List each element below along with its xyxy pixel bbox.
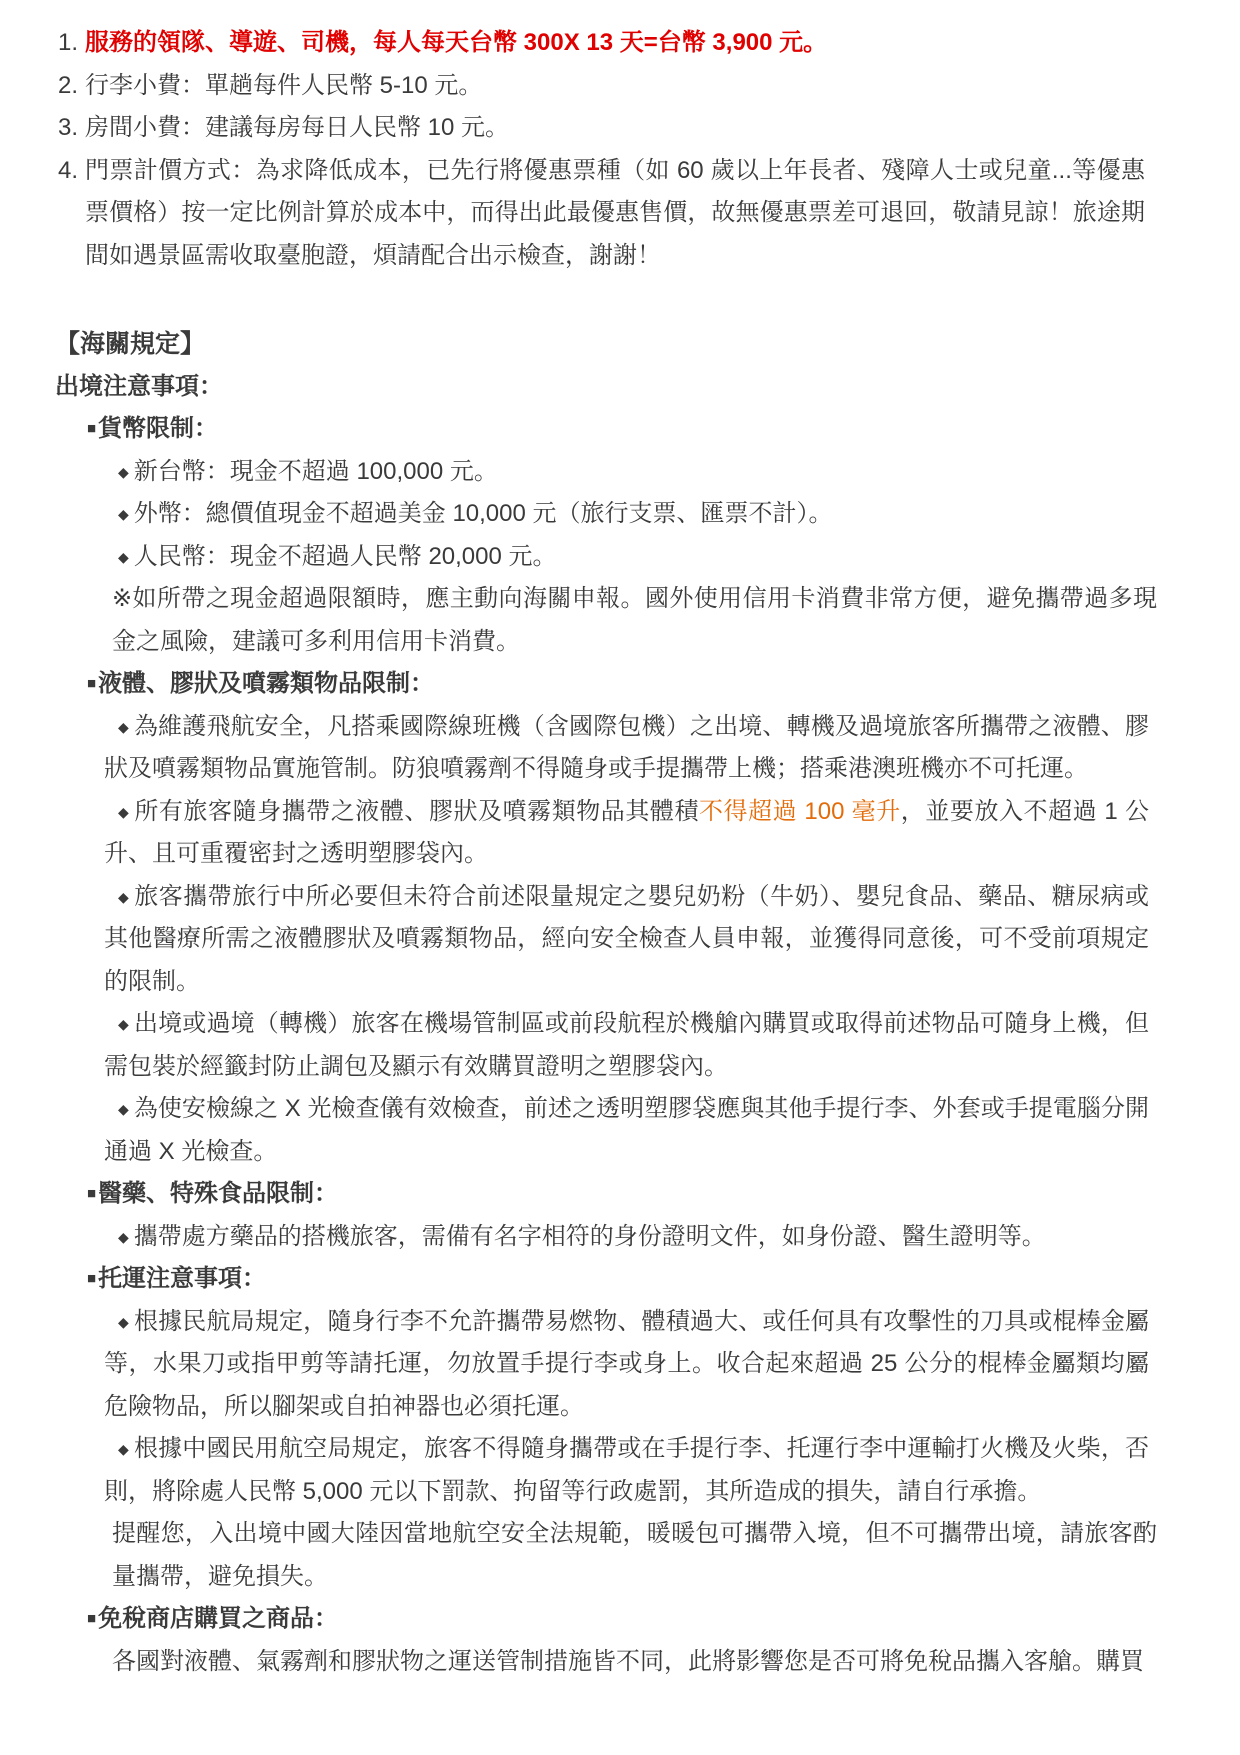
highlighted-text: 不得超過 100 毫升 bbox=[699, 798, 901, 825]
diamond-bullet-icon: ◆ bbox=[118, 1016, 129, 1032]
diamond-bullet-icon: ◆ bbox=[118, 506, 129, 522]
bullet-paragraph: ◆為維護飛航安全，凡搭乘國際線班機（含國際包機）之出境、轉機及過境旅客所攜帶之液… bbox=[104, 706, 1149, 791]
list-item-number: 1. bbox=[58, 22, 78, 65]
text-segment: ※如所帶之現金超過限額時，應主動向海關申報。國外使用信用卡消費非常方便，避免攜帶… bbox=[112, 585, 1157, 655]
list-item-text: 門票計價方式：為求降低成本，已先行將優惠票種（如 60 歲以上年長者、殘障人士或… bbox=[85, 157, 1145, 269]
highlighted-text: 服務的領隊、導遊、司機，每人每天台幣 300X 13 天=台幣 3,900 元。 bbox=[85, 29, 827, 56]
bullet-paragraph: ◆外幣：總價值現金不超過美金 10,000 元（旅行支票、匯票不計）。 bbox=[104, 493, 1149, 536]
bullet-paragraph: ◆根據中國民用航空局規定，旅客不得隨身攜帶或在手提行李、托運行李中運輸打火機及火… bbox=[104, 1428, 1149, 1513]
bullet-paragraph: ◆根據民航局規定，隨身行李不允許攜帶易燃物、體積過大、或任何具有攻擊性的刀具或棍… bbox=[104, 1301, 1149, 1429]
square-bullet-icon: ■ bbox=[87, 1270, 96, 1287]
text-segment: 新台幣：現金不超過 100,000 元。 bbox=[134, 458, 498, 485]
text-segment: 行李小費：單趟每件人民幣 5-10 元。 bbox=[85, 72, 482, 99]
diamond-bullet-icon: ◆ bbox=[118, 464, 129, 480]
paragraph: 提醒您，入出境中國大陸因當地航空安全法規範，暖暖包可攜帶入境，但不可攜帶出境，請… bbox=[112, 1513, 1157, 1598]
square-bullet-icon: ■ bbox=[87, 1610, 96, 1627]
section-heading: ■免稅商店購買之商品： bbox=[87, 1598, 1240, 1641]
customs-section-title: 【海關規定】 bbox=[55, 323, 1240, 366]
list-item-number: 2. bbox=[58, 65, 78, 108]
diamond-bullet-icon: ◆ bbox=[118, 804, 129, 820]
text-segment: 為使安檢線之 X 光檢查儀有效檢查，前述之透明塑膠袋應與其他手提行李、外套或手提… bbox=[104, 1095, 1149, 1165]
bullet-paragraph: ◆出境或過境（轉機）旅客在機場管制區或前段航程於機艙內購買或取得前述物品可隨身上… bbox=[104, 1003, 1149, 1088]
paragraph: 各國對液體、氣霧劑和膠狀物之運送管制措施皆不同，此將影響您是否可將免稅品攜入客艙… bbox=[112, 1641, 1157, 1684]
text-segment: 為維護飛航安全，凡搭乘國際線班機（含國際包機）之出境、轉機及過境旅客所攜帶之液體… bbox=[104, 713, 1149, 783]
list-item-number: 3. bbox=[58, 107, 78, 150]
bullet-paragraph: ◆旅客攜帶旅行中所必要但未符合前述限量規定之嬰兒奶粉（牛奶）、嬰兒食品、藥品、糖… bbox=[104, 876, 1149, 1004]
customs-sections: ■貨幣限制：◆新台幣：現金不超過 100,000 元。◆外幣：總價值現金不超過美… bbox=[0, 408, 1240, 1683]
text-segment: 攜帶處方藥品的搭機旅客，需備有名字相符的身份證明文件，如身份證、醫生證明等。 bbox=[134, 1223, 1046, 1250]
section-heading: ■醫藥、特殊食品限制： bbox=[87, 1173, 1240, 1216]
section-heading: ■托運注意事項： bbox=[87, 1258, 1240, 1301]
bullet-paragraph: ◆人民幣：現金不超過人民幣 20,000 元。 bbox=[104, 536, 1149, 579]
section-heading-text: 貨幣限制： bbox=[98, 415, 218, 442]
text-segment: 根據民航局規定，隨身行李不允許攜帶易燃物、體積過大、或任何具有攻擊性的刀具或棍棒… bbox=[104, 1308, 1149, 1420]
bullet-paragraph: ◆所有旅客隨身攜帶之液體、膠狀及噴霧類物品其體積不得超過 100 毫升，並要放入… bbox=[104, 791, 1149, 876]
text-segment: 根據中國民用航空局規定，旅客不得隨身攜帶或在手提行李、托運行李中運輸打火機及火柴… bbox=[104, 1435, 1149, 1505]
square-bullet-icon: ■ bbox=[87, 675, 96, 692]
text-segment: 人民幣：現金不超過人民幣 20,000 元。 bbox=[134, 543, 557, 570]
list-item-text: 行李小費：單趟每件人民幣 5-10 元。 bbox=[85, 72, 482, 99]
tips-numbered-list: 1.服務的領隊、導遊、司機，每人每天台幣 300X 13 天=台幣 3,900 … bbox=[0, 22, 1240, 277]
text-segment: 出境或過境（轉機）旅客在機場管制區或前段航程於機艙內購買或取得前述物品可隨身上機… bbox=[104, 1010, 1149, 1080]
list-item-number: 4. bbox=[58, 150, 78, 193]
text-segment: 旅客攜帶旅行中所必要但未符合前述限量規定之嬰兒奶粉（牛奶）、嬰兒食品、藥品、糖尿… bbox=[104, 883, 1149, 995]
text-segment: 所有旅客隨身攜帶之液體、膠狀及噴霧類物品其體積 bbox=[134, 798, 699, 825]
list-item: 1.服務的領隊、導遊、司機，每人每天台幣 300X 13 天=台幣 3,900 … bbox=[0, 22, 1145, 65]
list-item: 2.行李小費：單趟每件人民幣 5-10 元。 bbox=[0, 65, 1145, 108]
text-segment: 房間小費：建議每房每日人民幣 10 元。 bbox=[85, 114, 509, 141]
diamond-bullet-icon: ◆ bbox=[118, 1101, 129, 1117]
bullet-paragraph: ◆攜帶處方藥品的搭機旅客，需備有名字相符的身份證明文件，如身份證、醫生證明等。 bbox=[104, 1216, 1149, 1259]
section-heading: ■貨幣限制： bbox=[87, 408, 1240, 451]
diamond-bullet-icon: ◆ bbox=[118, 719, 129, 735]
list-item: 3.房間小費：建議每房每日人民幣 10 元。 bbox=[0, 107, 1145, 150]
section-heading: ■液體、膠狀及噴霧類物品限制： bbox=[87, 663, 1240, 706]
bullet-paragraph: ◆為使安檢線之 X 光檢查儀有效檢查，前述之透明塑膠袋應與其他手提行李、外套或手… bbox=[104, 1088, 1149, 1173]
list-item-text: 服務的領隊、導遊、司機，每人每天台幣 300X 13 天=台幣 3,900 元。 bbox=[85, 29, 827, 56]
departure-notes-subtitle: 出境注意事項： bbox=[55, 366, 1240, 409]
text-segment: 提醒您，入出境中國大陸因當地航空安全法規範，暖暖包可攜帶入境，但不可攜帶出境，請… bbox=[112, 1520, 1157, 1590]
diamond-bullet-icon: ◆ bbox=[118, 549, 129, 565]
section-heading-text: 醫藥、特殊食品限制： bbox=[98, 1180, 338, 1207]
list-item-text: 房間小費：建議每房每日人民幣 10 元。 bbox=[85, 114, 509, 141]
text-segment: 各國對液體、氣霧劑和膠狀物之運送管制措施皆不同，此將影響您是否可將免稅品攜入客艙… bbox=[112, 1648, 1144, 1675]
section-heading-text: 免稅商店購買之商品： bbox=[98, 1605, 338, 1632]
square-bullet-icon: ■ bbox=[87, 1185, 96, 1202]
diamond-bullet-icon: ◆ bbox=[118, 889, 129, 905]
list-item: 4.門票計價方式：為求降低成本，已先行將優惠票種（如 60 歲以上年長者、殘障人… bbox=[0, 150, 1145, 278]
bullet-paragraph: ◆新台幣：現金不超過 100,000 元。 bbox=[104, 451, 1149, 494]
travel-notes-document: 1.服務的領隊、導遊、司機，每人每天台幣 300X 13 天=台幣 3,900 … bbox=[0, 0, 1240, 1683]
section-heading-text: 托運注意事項： bbox=[98, 1265, 266, 1292]
diamond-bullet-icon: ◆ bbox=[118, 1229, 129, 1245]
text-segment: 外幣：總價值現金不超過美金 10,000 元（旅行支票、匯票不計）。 bbox=[134, 500, 833, 527]
diamond-bullet-icon: ◆ bbox=[118, 1441, 129, 1457]
paragraph: ※如所帶之現金超過限額時，應主動向海關申報。國外使用信用卡消費非常方便，避免攜帶… bbox=[112, 578, 1157, 663]
section-heading-text: 液體、膠狀及噴霧類物品限制： bbox=[98, 670, 434, 697]
diamond-bullet-icon: ◆ bbox=[118, 1314, 129, 1330]
square-bullet-icon: ■ bbox=[87, 420, 96, 437]
text-segment: 門票計價方式：為求降低成本，已先行將優惠票種（如 60 歲以上年長者、殘障人士或… bbox=[85, 157, 1145, 269]
